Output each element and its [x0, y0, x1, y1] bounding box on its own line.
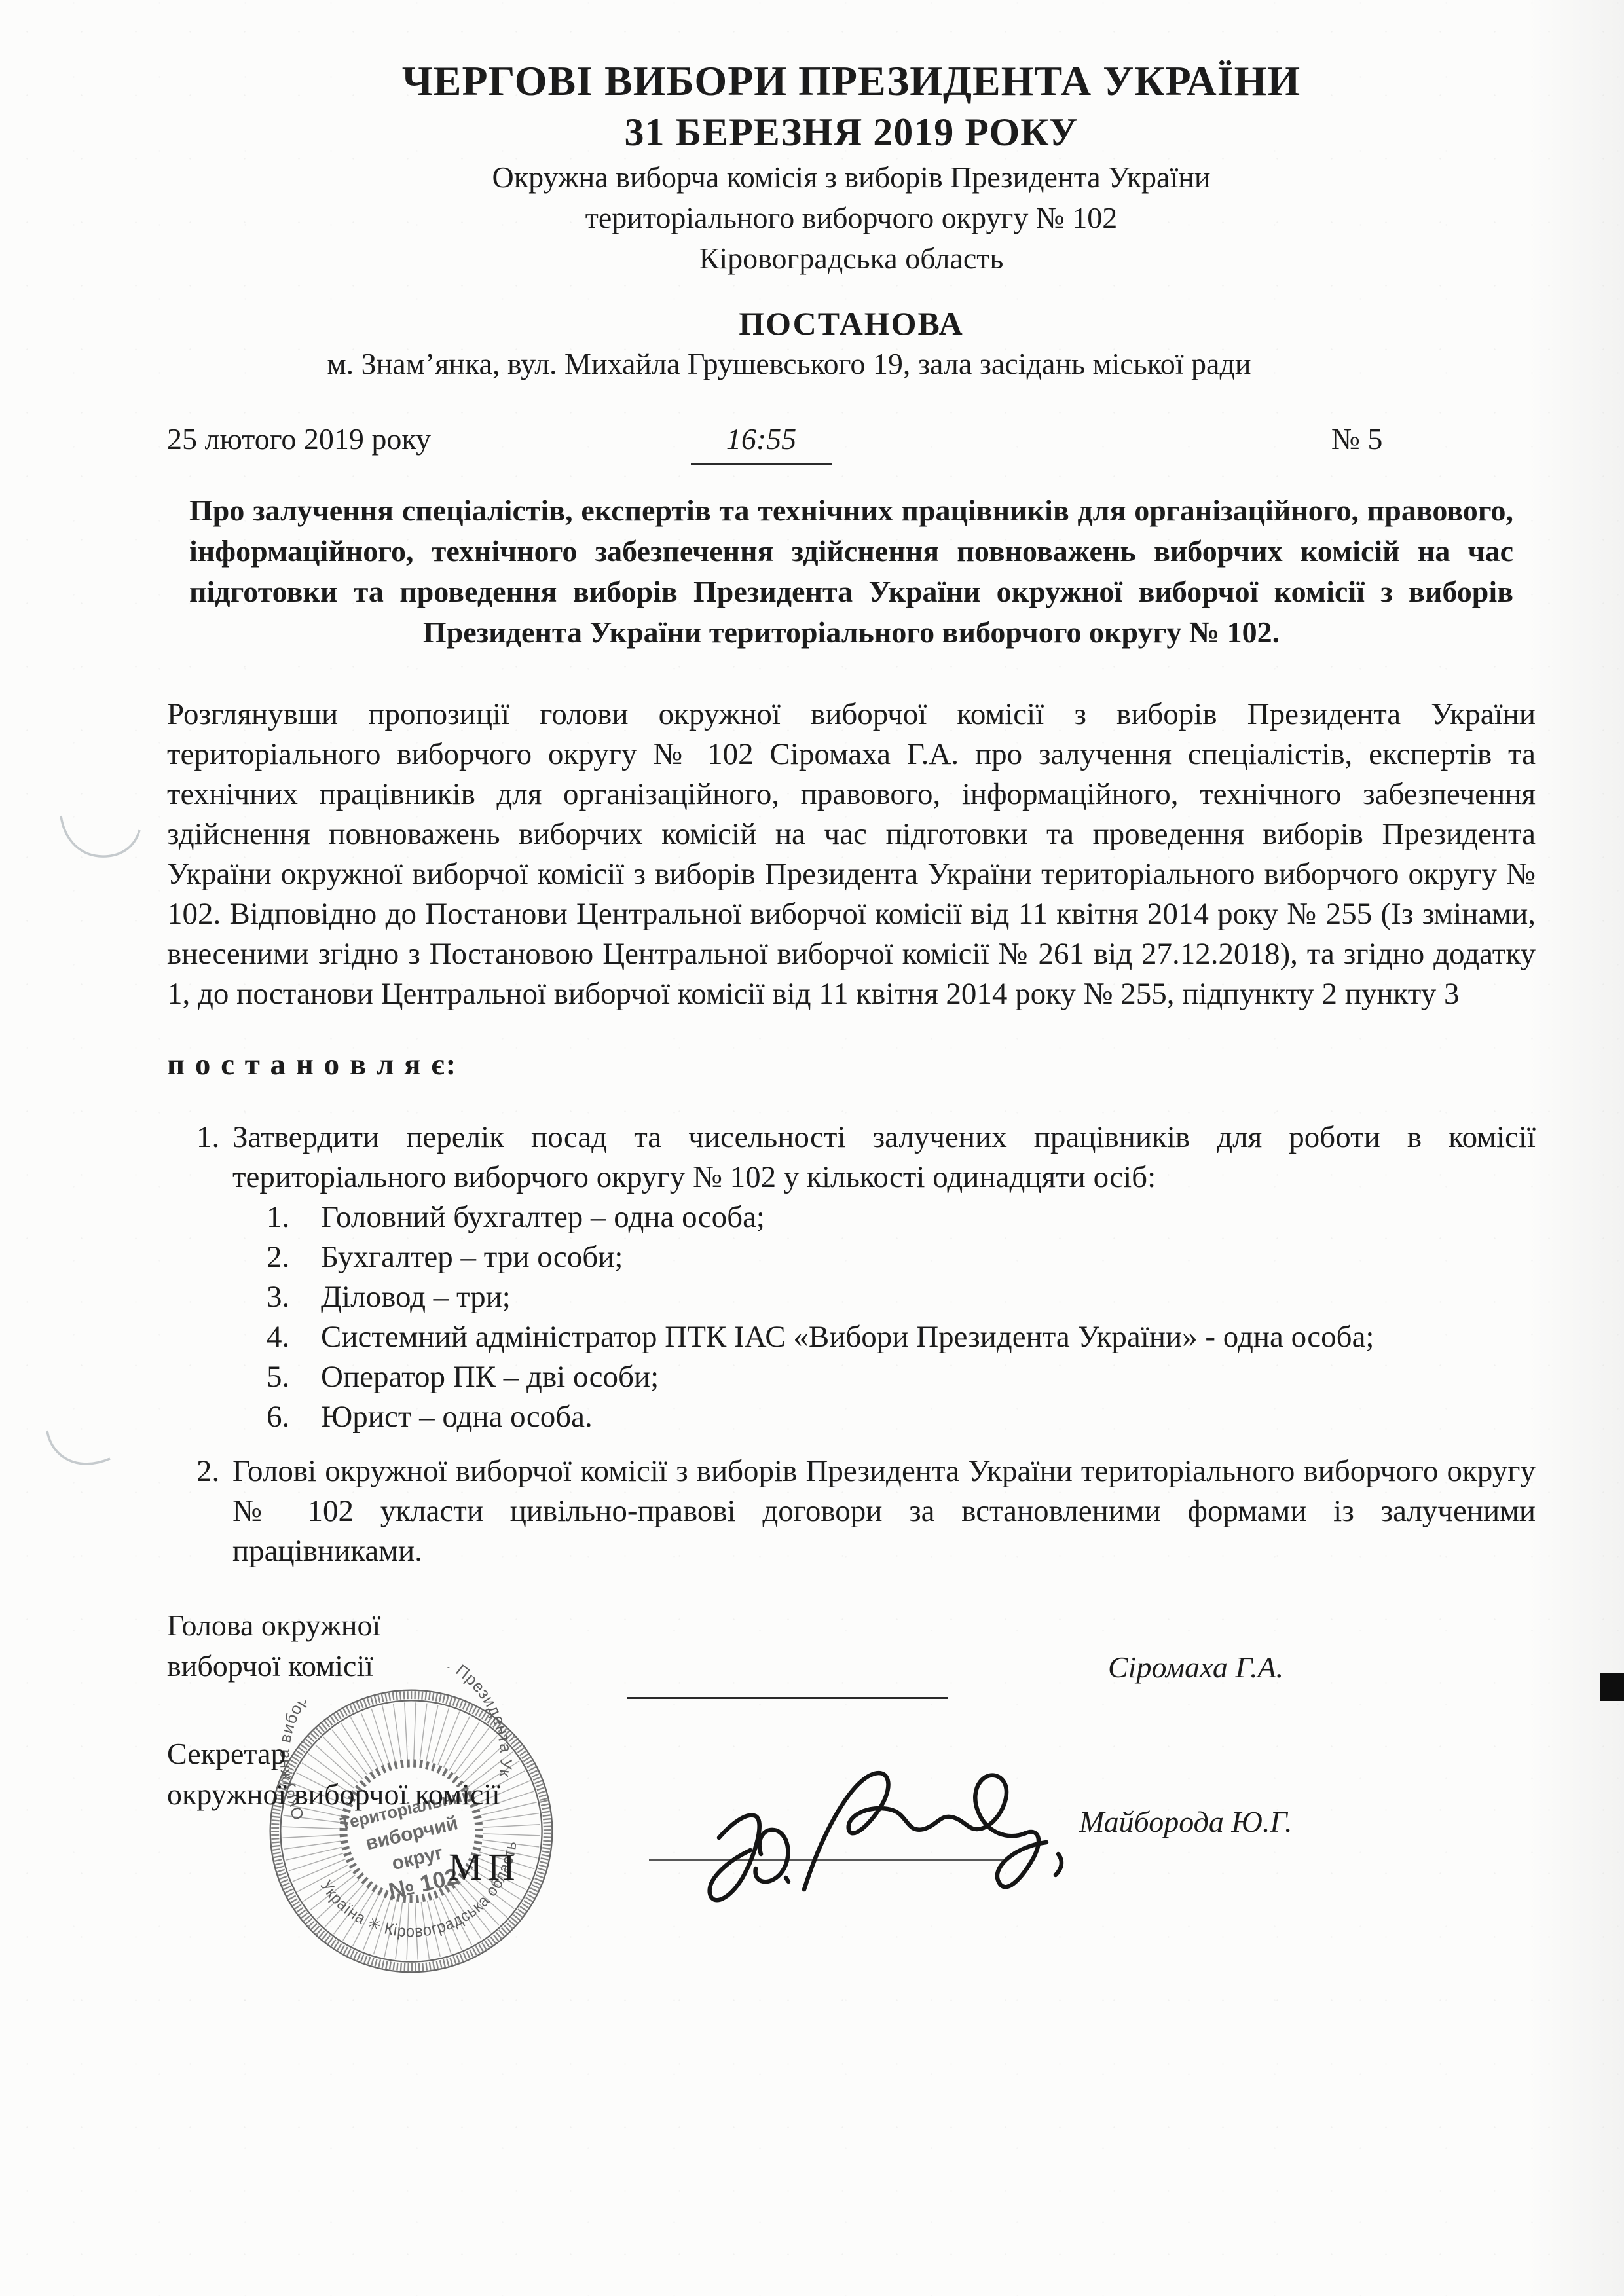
signature-name-head: Сіромаха Г.А. [1108, 1650, 1283, 1685]
sublist-item-number: 4. [267, 1317, 321, 1357]
handwritten-signature [688, 1749, 1074, 1913]
list-item-text: Голові окружної виборчої комісії з вибор… [232, 1451, 1536, 1571]
role-line: окружної виборчої комісії [167, 1774, 500, 1815]
sublist-item-text: Бухгалтер – три особи; [321, 1237, 1536, 1277]
commission-name-line2: територіального виборчого округу № 102 [167, 198, 1536, 238]
document-time: 16:55 [691, 419, 832, 465]
election-title-line1: ЧЕРГОВІ ВИБОРИ ПРЕЗИДЕНТА УКРАЇНИ [167, 55, 1536, 107]
document-number: № 5 [1331, 419, 1382, 459]
commission-name-line1: Окружна виборча комісія з виборів Презид… [167, 157, 1536, 198]
preamble-paragraph: Розглянувши пропозиції голови окружної в… [167, 695, 1536, 1014]
scan-edge-mark [1600, 1673, 1624, 1701]
role-line: Секретар [167, 1734, 500, 1774]
election-title-line2: 31 БЕРЕЗНЯ 2019 РОКУ [167, 107, 1536, 157]
commission-region: Кіровоградська область [167, 238, 1536, 279]
document-date: 25 лютого 2019 року [167, 419, 431, 459]
role-line: виборчої комісії [167, 1646, 380, 1686]
sublist-item-text: Системний адміністратор ПТК ІАС «Вибори … [321, 1317, 1536, 1357]
meeting-venue: м. Знам’янка, вул. Михайла Грушевського … [105, 344, 1473, 384]
sublist-item-number: 2. [267, 1237, 321, 1277]
scanned-document-page: ЧЕРГОВІ ВИБОРИ ПРЕЗИДЕНТА УКРАЇНИ 31 БЕР… [0, 0, 1624, 2296]
sublist-item: 1. Головний бухгалтер – одна особа; [167, 1197, 1536, 1237]
sublist-item-number: 6. [267, 1397, 321, 1437]
list-item: 1. Затвердити перелік посад та чисельнос… [167, 1118, 1536, 1197]
sublist-item: 6. Юрист – одна особа. [167, 1397, 1536, 1437]
document-body: ЧЕРГОВІ ВИБОРИ ПРЕЗИДЕНТА УКРАЇНИ 31 БЕР… [167, 0, 1536, 1571]
signature-line-head [627, 1697, 948, 1699]
sublist-item-number: 1. [267, 1197, 321, 1237]
scan-artifact-arc [49, 807, 154, 879]
sublist-item-text: Діловод – три; [321, 1277, 1536, 1317]
signature-role-head: Голова окружної виборчої комісії [167, 1605, 380, 1686]
resolution-subject: Про залучення спеціалістів, експертів та… [167, 490, 1536, 653]
document-type-heading: ПОСТАНОВА [167, 303, 1536, 344]
list-item-number: 1. [167, 1118, 232, 1197]
sublist-item-number: 5. [267, 1357, 321, 1397]
meta-row: 25 лютого 2019 року 16:55 № 5 [167, 419, 1536, 465]
positions-sublist: 1. Головний бухгалтер – одна особа; 2. Б… [167, 1197, 1536, 1437]
sublist-item-text: Головний бухгалтер – одна особа; [321, 1197, 1536, 1237]
sublist-item-text: Юрист – одна особа. [321, 1397, 1536, 1437]
resolves-label: п о с т а н о в л я є: [167, 1045, 1536, 1085]
signature-name-secretary: Майборода Ю.Г. [1079, 1804, 1293, 1839]
scan-artifact-arc [38, 1419, 136, 1482]
role-line: Голова окружної [167, 1605, 380, 1646]
sublist-item: 4. Системний адміністратор ПТК ІАС «Вибо… [167, 1317, 1536, 1357]
seal-place-label: МП [449, 1845, 520, 1889]
list-item-text: Затвердити перелік посад та чисельності … [232, 1118, 1536, 1197]
sublist-item: 3. Діловод – три; [167, 1277, 1536, 1317]
resolution-items: 1. Затвердити перелік посад та чисельнос… [167, 1118, 1536, 1571]
round-seal: Окружна виборча комісія з виборів Презид… [222, 1648, 600, 2014]
sublist-item: 5. Оператор ПК – дві особи; [167, 1357, 1536, 1397]
sublist-item-text: Оператор ПК – дві особи; [321, 1357, 1536, 1397]
list-item: 2. Голові окружної виборчої комісії з ви… [167, 1451, 1536, 1571]
sublist-item-number: 3. [267, 1277, 321, 1317]
list-item-number: 2. [167, 1451, 232, 1571]
signature-role-secretary: Секретар окружної виборчої комісії [167, 1734, 500, 1815]
sublist-item: 2. Бухгалтер – три особи; [167, 1237, 1536, 1277]
